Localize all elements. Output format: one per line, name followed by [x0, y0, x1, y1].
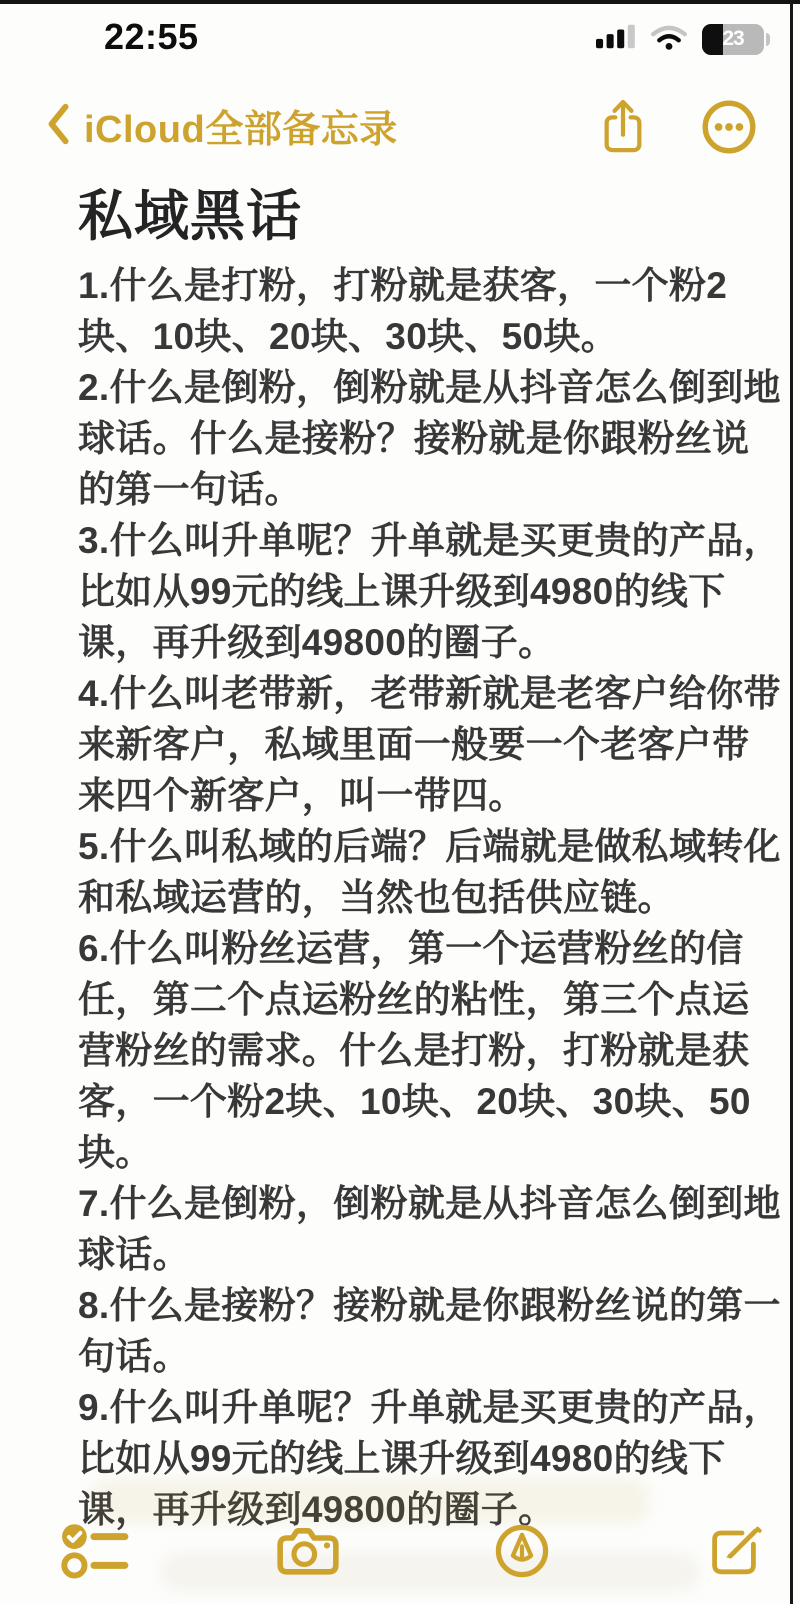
checklist-icon: [60, 1522, 130, 1583]
wifi-icon: [650, 23, 688, 56]
chevron-left-icon: [44, 102, 72, 149]
compose-icon: [705, 1521, 765, 1584]
battery-icon: 23: [702, 24, 764, 55]
note-body[interactable]: 1.什么是打粉，打粉就是获客，一个粉2块、10块、20块、30块、50块。2.什…: [78, 260, 784, 1535]
note-paragraph: 4.什么叫老带新，老带新就是老客户给你带来新客户，私域里面一般要一个老客户带来四…: [78, 668, 784, 821]
cellular-signal-icon: [596, 22, 636, 56]
clock-text: 22:55: [104, 16, 199, 58]
photo-edge-artifact-right: [790, 0, 793, 1604]
back-button[interactable]: iCloud全部备忘录: [44, 98, 398, 153]
markup-pen-icon: [493, 1522, 551, 1583]
share-icon: [598, 96, 648, 161]
note-paragraph: 1.什么是打粉，打粉就是获客，一个粉2块、10块、20块、30块、50块。: [78, 260, 784, 362]
photo-edge-artifact-top: [0, 0, 800, 4]
nav-bar: iCloud全部备忘录: [0, 92, 800, 168]
share-button[interactable]: [598, 96, 648, 161]
note-paragraph: 6.什么叫粉丝运营，第一个运营粉丝的信任，第二个点运粉丝的粘性，第三个点运营粉丝…: [78, 923, 784, 1178]
checklist-button[interactable]: [60, 1522, 130, 1583]
note-paragraph: 3.什么叫升单呢？升单就是买更贵的产品，比如从99元的线上课升级到4980的线下…: [78, 515, 784, 668]
note-paragraph: 5.什么叫私域的后端？后端就是做私域转化和私域运营的，当然也包括供应链。: [78, 821, 784, 923]
note-paragraph: 8.什么是接粉？接粉就是你跟粉丝说的第一句话。: [78, 1280, 784, 1382]
note-title[interactable]: 私域黑话: [78, 172, 302, 251]
note-paragraph: 9.什么叫升单呢？升单就是买更贵的产品，比如从99元的线上课升级到4980的线下…: [78, 1382, 784, 1535]
nav-actions: [598, 96, 758, 161]
note-paragraph: 7.什么是倒粉，倒粉就是从抖音怎么倒到地球话。: [78, 1178, 784, 1280]
battery-percent-text: 23: [702, 24, 764, 55]
back-button-label: iCloud全部备忘录: [84, 98, 398, 153]
markup-button[interactable]: [487, 1522, 557, 1583]
compose-button[interactable]: [700, 1521, 770, 1584]
notes-app-screen: 22:55 23: [0, 0, 800, 1604]
bottom-toolbar: [0, 1516, 800, 1588]
status-icons: 23: [596, 22, 764, 56]
battery-nub: [766, 33, 770, 46]
status-bar: 22:55 23: [0, 14, 800, 66]
note-paragraph: 2.什么是倒粉，倒粉就是从抖音怎么倒到地球话。什么是接粉？接粉就是你跟粉丝说的第…: [78, 362, 784, 515]
ellipsis-circle-icon: [700, 98, 758, 159]
camera-button[interactable]: [273, 1523, 343, 1582]
camera-icon: [275, 1523, 341, 1582]
more-options-button[interactable]: [700, 98, 758, 159]
